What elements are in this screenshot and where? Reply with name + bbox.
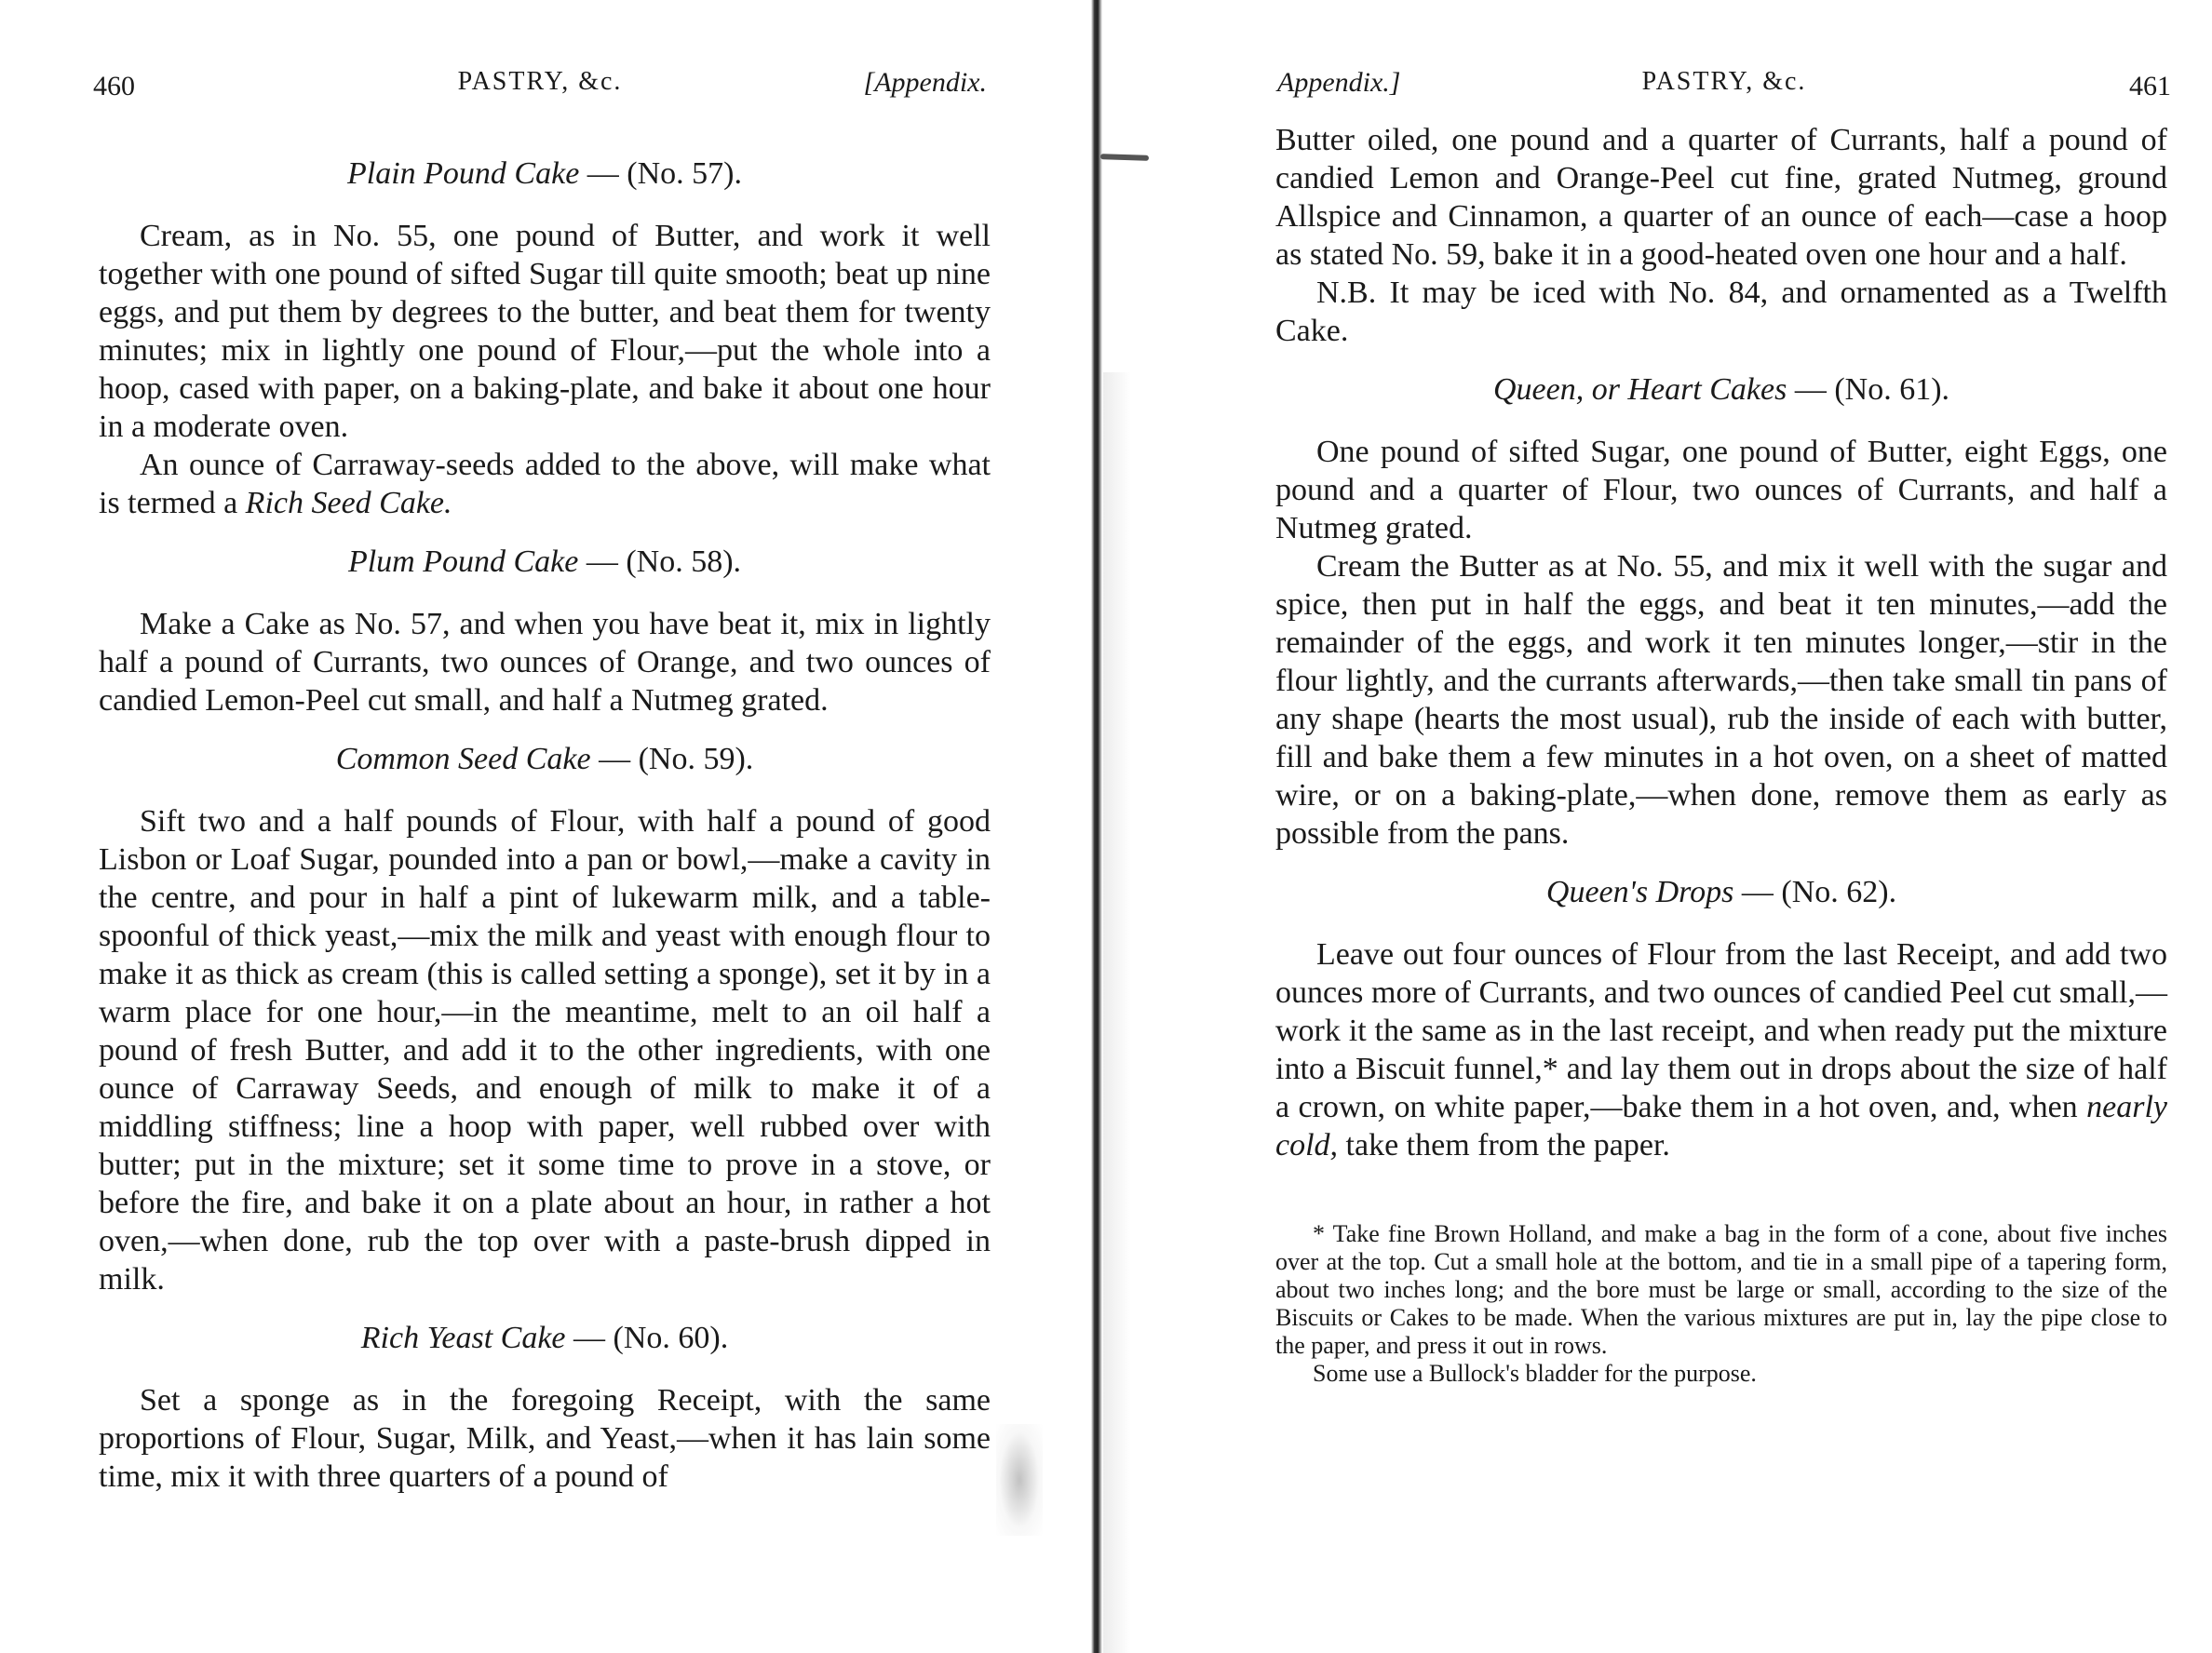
footnote-text: Some use a Bullock's bladder for the pur… <box>1275 1360 2167 1388</box>
ink-smudge <box>996 1424 1043 1536</box>
book-spine <box>1091 0 1102 1653</box>
running-title: PASTRY, &c. <box>1277 67 2171 97</box>
recipe-paragraph: Sift two and a half pounds of Flour, wit… <box>99 802 991 1298</box>
recipe-paragraph: Leave out four ounces of Flour from the … <box>1275 935 2167 1164</box>
section-label: [Appendix. <box>864 67 987 99</box>
recipe-paragraph: An ounce of Carraway-seeds added to the … <box>99 446 991 522</box>
right-page: Appendix.] PASTRY, &c. 461 Butter oiled,… <box>1117 0 2212 1653</box>
recipe-paragraph: Make a Cake as No. 57, and when you have… <box>99 605 991 719</box>
left-text-column: Plain Pound Cake — (No. 57). Cream, as i… <box>99 140 991 1496</box>
recipe-title: Queen's Drops — (No. 62). <box>1275 873 2167 911</box>
recipe-title: Rich Yeast Cake — (No. 60). <box>99 1319 991 1357</box>
footnote-text: * Take fine Brown Holland, and make a ba… <box>1275 1220 2167 1360</box>
recipe-paragraph: Cream, as in No. 55, one pound of Butter… <box>99 217 991 446</box>
recipe-title: Queen, or Heart Cakes — (No. 61). <box>1275 370 2167 409</box>
running-head-left: 460 PASTRY, &c. [Appendix. <box>93 67 987 114</box>
left-page: 460 PASTRY, &c. [Appendix. Plain Pound C… <box>0 0 1080 1653</box>
running-head-right: Appendix.] PASTRY, &c. 461 <box>1277 67 2171 114</box>
note-paragraph: N.B. It may be iced with No. 84, and orn… <box>1275 274 2167 350</box>
footnote: * Take fine Brown Holland, and make a ba… <box>1275 1220 2167 1388</box>
right-text-column: Butter oiled, one pound and a quarter of… <box>1275 121 2167 1388</box>
recipe-title: Plum Pound Cake — (No. 58). <box>99 543 991 581</box>
continued-paragraph: Butter oiled, one pound and a quarter of… <box>1275 121 2167 274</box>
running-title: PASTRY, &c. <box>93 67 987 97</box>
recipe-paragraph: Cream the Butter as at No. 55, and mix i… <box>1275 547 2167 853</box>
recipe-title: Common Seed Cake — (No. 59). <box>99 740 991 778</box>
recipe-paragraph: Set a sponge as in the foregoing Receipt… <box>99 1381 991 1496</box>
recipe-title: Plain Pound Cake — (No. 57). <box>99 155 991 193</box>
page-number: 461 <box>2129 71 2171 102</box>
recipe-paragraph: One pound of sifted Sugar, one pound of … <box>1275 433 2167 547</box>
